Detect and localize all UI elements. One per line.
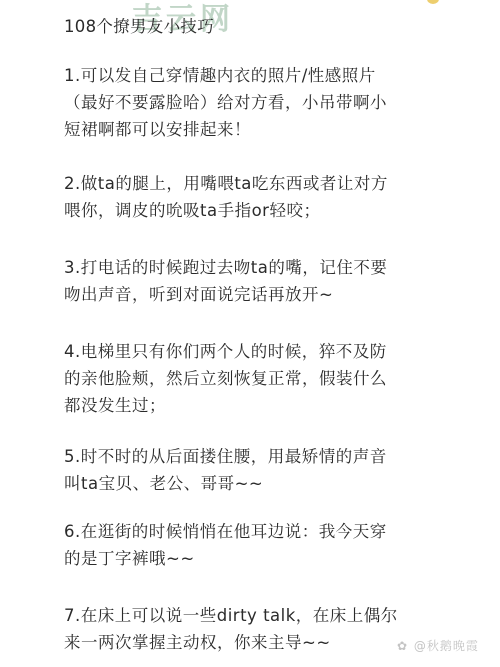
tip-line: 1.可以发自己穿情趣内衣的照片/性感照片 <box>64 62 436 89</box>
tip-line: 来一两次掌握主动权，你来主导~~ <box>64 629 436 656</box>
tip-item-6: 6.在逛街的时候悄悄在他耳边说：我今天穿 的是丁字裤哦~~ <box>64 518 436 572</box>
author-watermark: ✿ @秋鹅晚霞 <box>396 638 479 654</box>
tip-line: （最好不要露脸哈）给对方看，小吊带啊小 <box>64 89 436 116</box>
tip-item-3: 3.打电话的时候跑过去吻ta的嘴，记住不要 吻出声音，听到对面说完话再放开~ <box>64 254 436 308</box>
tip-line: 2.做ta的腿上，用嘴喂ta吃东西或者让对方 <box>64 170 436 197</box>
tip-item-2: 2.做ta的腿上，用嘴喂ta吃东西或者让对方 喂你，调皮的吮吸ta手指or轻咬； <box>64 170 436 224</box>
tip-line: 都没发生过； <box>64 392 436 419</box>
tip-line: 喂你，调皮的吮吸ta手指or轻咬； <box>64 197 436 224</box>
tip-line: 的亲他脸颊，然后立刻恢复正常，假装什么 <box>64 365 436 392</box>
author-handle: @秋鹅晚霞 <box>414 639 479 653</box>
tip-line: 吻出声音，听到对面说完话再放开~ <box>64 281 436 308</box>
tip-item-5: 5.时不时的从后面搂住腰，用最矫情的声音 叫ta宝贝、老公、哥哥~~ <box>64 443 436 497</box>
tip-item-1: 1.可以发自己穿情趣内衣的照片/性感照片 （最好不要露脸哈）给对方看，小吊带啊小… <box>64 62 436 143</box>
tip-line: 的是丁字裤哦~~ <box>64 545 436 572</box>
tip-item-4: 4.电梯里只有你们两个人的时候，猝不及防 的亲他脸颊，然后立刻恢复正常，假装什么… <box>64 338 436 419</box>
page-title: 108个撩男友小技巧 <box>64 16 214 38</box>
tip-line: 叫ta宝贝、老公、哥哥~~ <box>64 470 436 497</box>
tip-item-7: 7.在床上可以说一些dirty talk，在床上偶尔 来一两次掌握主动权，你来主… <box>64 602 436 656</box>
tip-line: 7.在床上可以说一些dirty talk，在床上偶尔 <box>64 602 436 629</box>
tip-line: 6.在逛街的时候悄悄在他耳边说：我今天穿 <box>64 518 436 545</box>
tip-line: 5.时不时的从后面搂住腰，用最矫情的声音 <box>64 443 436 470</box>
tip-line: 3.打电话的时候跑过去吻ta的嘴，记住不要 <box>64 254 436 281</box>
top-edge-dot <box>427 0 439 4</box>
document-page: 吉云网 108个撩男友小技巧 1.可以发自己穿情趣内衣的照片/性感照片 （最好不… <box>0 0 500 667</box>
paw-icon: ✿ <box>396 638 409 654</box>
tip-line: 短裙啊都可以安排起来！ <box>64 116 436 143</box>
tip-line: 4.电梯里只有你们两个人的时候，猝不及防 <box>64 338 436 365</box>
